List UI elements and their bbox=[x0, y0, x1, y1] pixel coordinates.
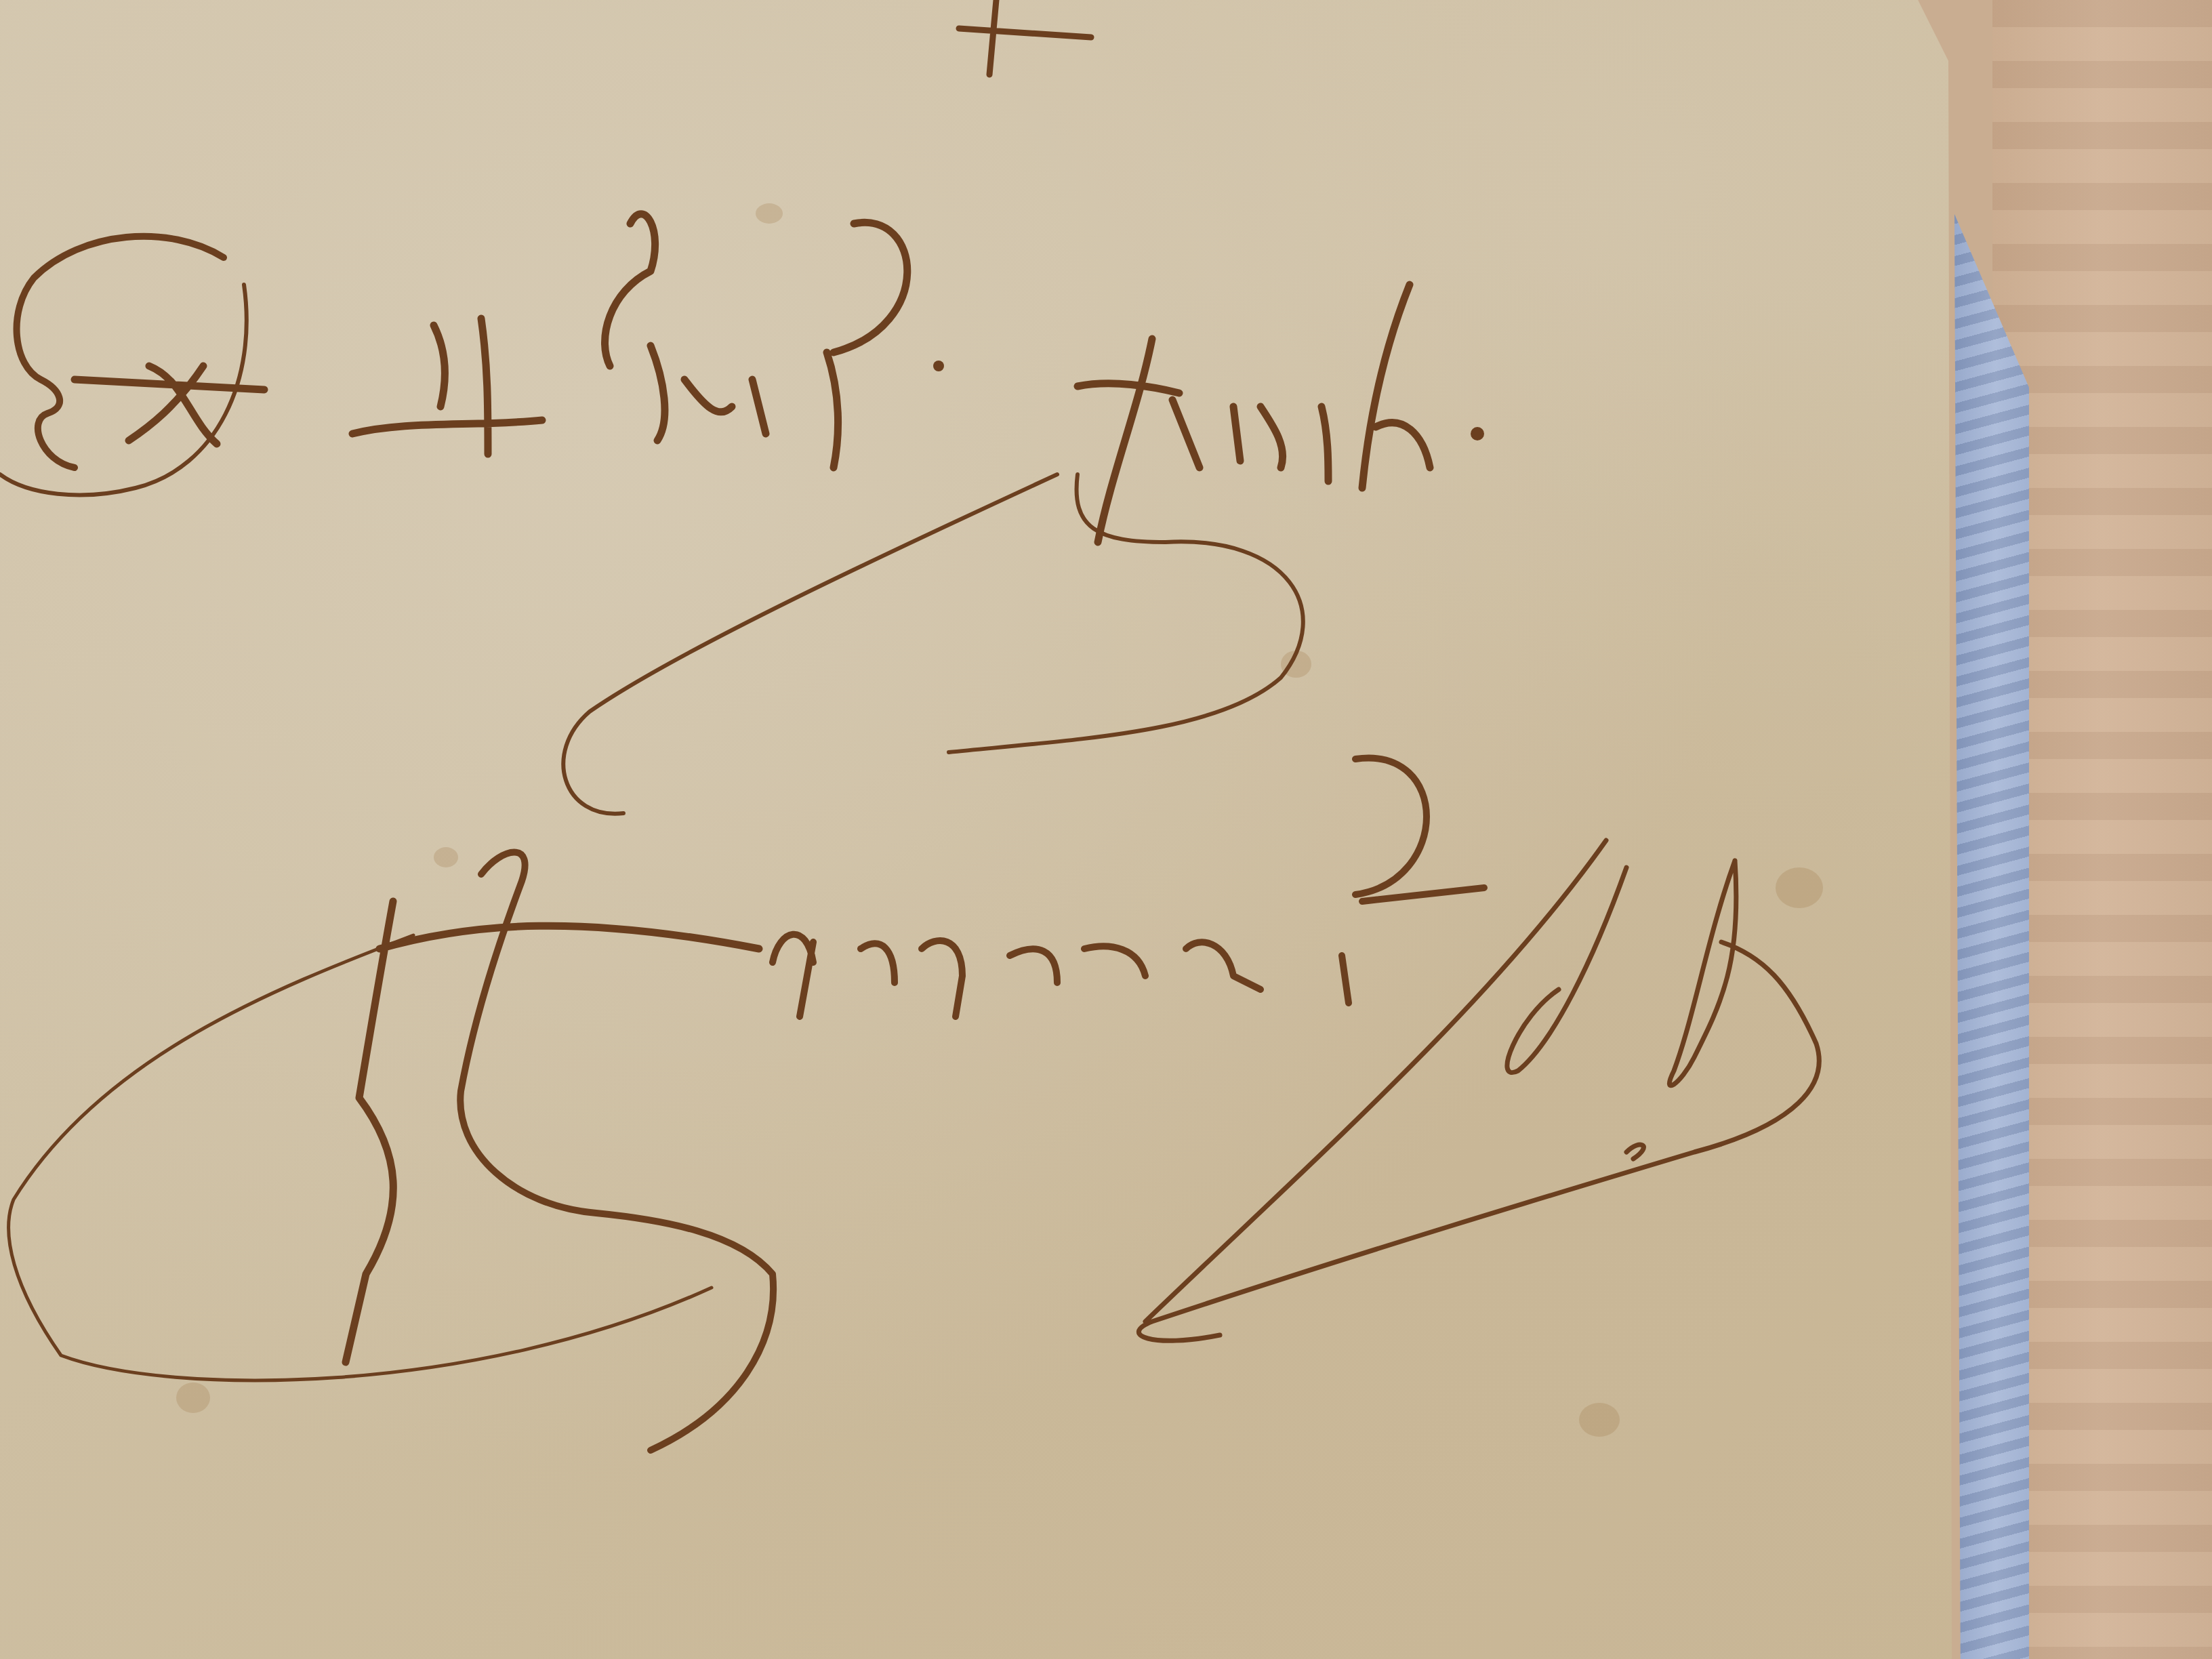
word-libris bbox=[352, 214, 907, 468]
cross-mark bbox=[959, 0, 1091, 75]
letter-x bbox=[75, 366, 264, 444]
inscription-ink bbox=[0, 0, 2212, 1659]
word-fratri bbox=[1078, 285, 1430, 542]
flourish-upper bbox=[563, 474, 1303, 814]
punct-dot bbox=[933, 361, 944, 371]
word-arnerii bbox=[773, 758, 1484, 1017]
letter-E bbox=[17, 237, 224, 468]
punct-dot bbox=[1471, 427, 1484, 441]
paraph bbox=[1139, 840, 1819, 1340]
